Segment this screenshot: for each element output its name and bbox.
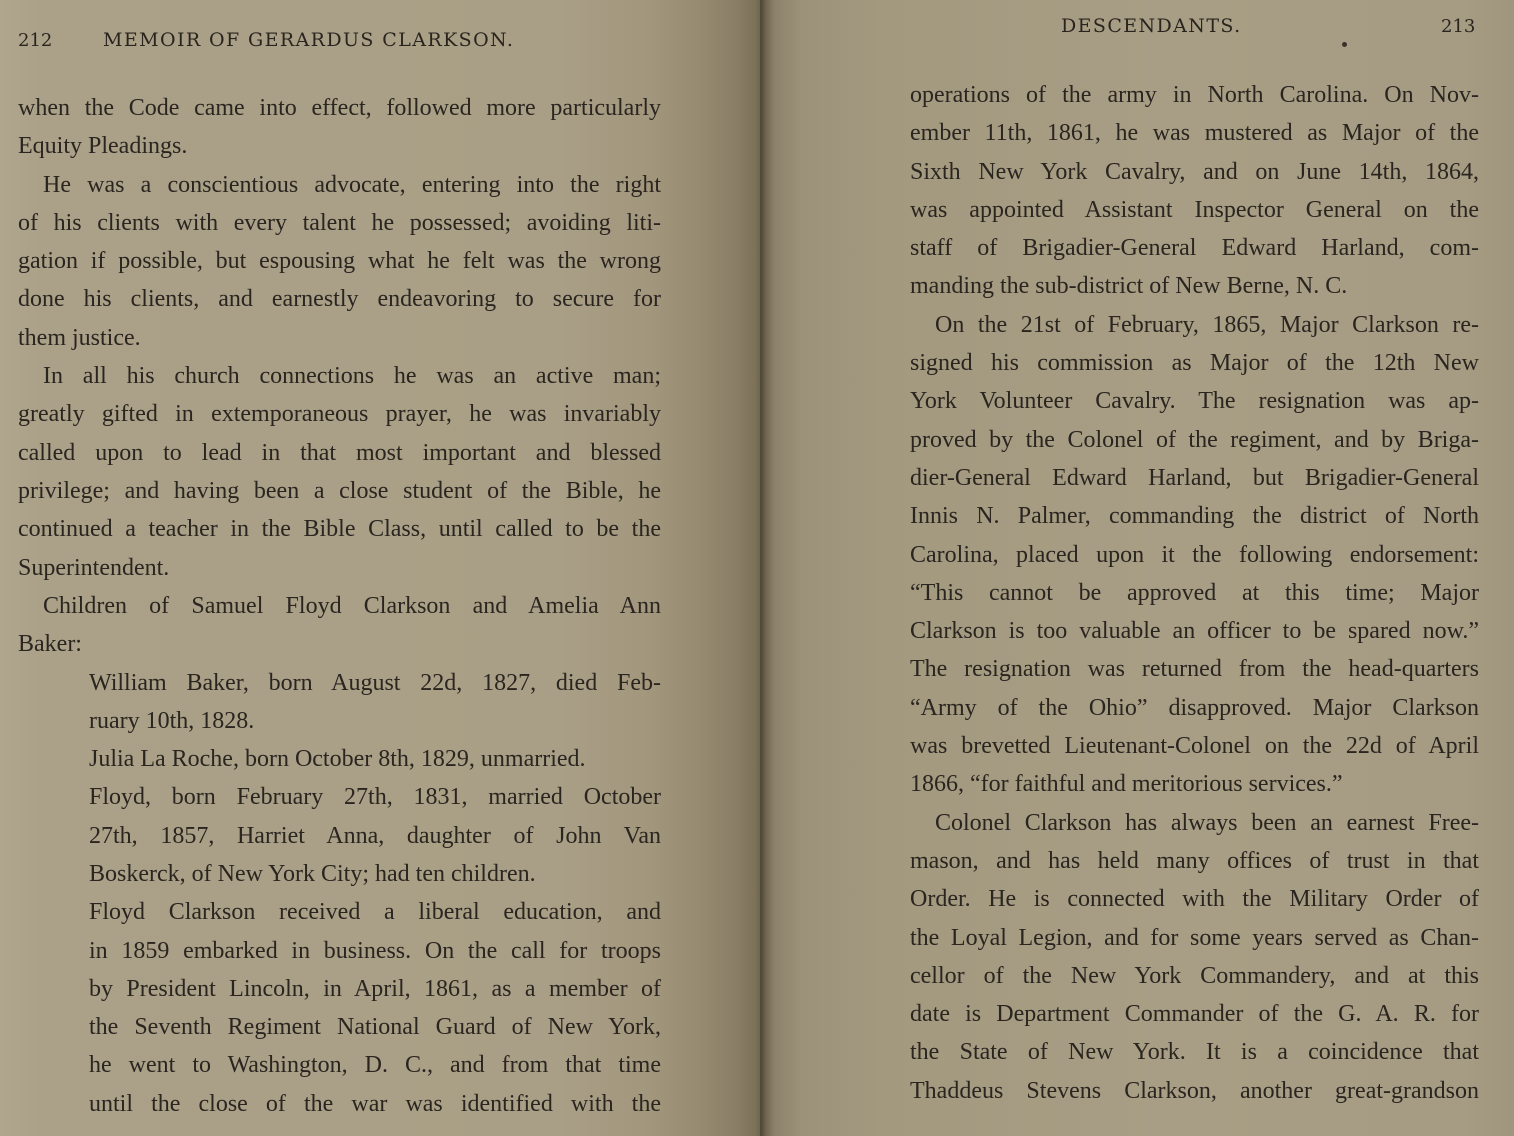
text-line: Innis N. Palmer, commanding the district… [910,497,1479,535]
text-line: Thaddeus Stevens Clarkson, another great… [910,1072,1479,1110]
paper-speck [1342,42,1347,47]
paragraph-start-line: In all his church connections he was an … [18,357,661,395]
running-head-left: MEMOIR OF GERARDUS CLARKSON. [103,29,514,51]
text-line: was brevetted Lieutenant-Colonel on the … [910,727,1479,765]
text-line: of his clients with every talent he poss… [18,204,661,242]
text-line: was appointed Assistant Inspector Genera… [910,191,1479,229]
text-line: Carolina, placed upon it the following e… [910,536,1479,574]
text-line: The resignation was returned from the he… [910,650,1479,688]
text-line: the State of New York. It is a coinciden… [910,1033,1479,1071]
text-line: date is Department Commander of the G. A… [910,995,1479,1033]
text-line: proved by the Colonel of the regiment, a… [910,421,1479,459]
right-body-text: operations of the army in North Carolina… [910,76,1479,1110]
paragraph-start-line: Floyd Clarkson received a liberal educat… [89,893,661,931]
text-line: 1866, “for faithful and meritorious serv… [910,765,1479,803]
paragraph-start-line: Children of Samuel Floyd Clarkson and Am… [18,587,661,625]
text-line: Superintendent. [18,549,661,587]
text-line: when the Code came into effect, followed… [18,89,661,127]
text-line: 27th, 1857, Harriet Anna, daughter of Jo… [89,817,661,855]
text-line: done his clients, and earnestly endeavor… [18,280,661,318]
text-line: mason, and has held many offices of trus… [910,842,1479,880]
book-spread: 212 MEMOIR OF GERARDUS CLARKSON. when th… [0,0,1514,1136]
text-line: “Army of the Ohio” disapproved. Major Cl… [910,689,1479,727]
quote-line: Clarkson is too valuable an officer to b… [910,612,1479,650]
text-line: Baker: [18,625,661,663]
text-line: staff of Brigadier-General Edward Harlan… [910,229,1479,267]
left-page: 212 MEMOIR OF GERARDUS CLARKSON. when th… [0,0,762,1136]
text-line: greatly gifted in extemporaneous prayer,… [18,395,661,433]
text-line: by President Lincoln, in April, 1861, as… [89,970,661,1008]
text-line: Order. He is connected with the Military… [910,880,1479,918]
text-line: continued a teacher in the Bible Class, … [18,510,661,548]
child-entry-line: William Baker, born August 22d, 1827, di… [89,664,661,702]
text-line: manding the sub-district of New Berne, N… [910,267,1479,305]
text-line: dier-General Edward Harland, but Brigadi… [910,459,1479,497]
left-body-text: when the Code came into effect, followed… [18,89,661,663]
text-line: in 1859 embarked in business. On the cal… [89,932,661,970]
child-entry-line: Floyd, born February 27th, 1831, married… [89,778,661,816]
paragraph-start-line: On the 21st of February, 1865, Major Cla… [910,306,1479,344]
text-line: the Loyal Legion, and for some years ser… [910,919,1479,957]
text-line: he went to Washington, D. C., and from t… [89,1046,661,1084]
children-list: William Baker, born August 22d, 1827, di… [89,664,661,1124]
text-line: Equity Pleadings. [18,127,661,165]
page-number-right: 213 [1441,16,1475,37]
text-line: ruary 10th, 1828. [89,702,661,740]
text-line: privilege; and having been a close stude… [18,472,661,510]
text-line: Sixth New York Cavalry, and on June 14th… [910,153,1479,191]
text-line: York Volunteer Cavalry. The resignation … [910,382,1479,420]
quote-line: “This cannot be approved at this time; M… [910,574,1479,612]
child-entry-line: Julia La Roche, born October 8th, 1829, … [89,740,661,778]
text-line: operations of the army in North Carolina… [910,76,1479,114]
text-line: Boskerck, of New York City; had ten chil… [89,855,661,893]
paragraph-start-line: Colonel Clarkson has always been an earn… [910,804,1479,842]
text-line: cellor of the New York Commandery, and a… [910,957,1479,995]
text-line: signed his commission as Major of the 12… [910,344,1479,382]
text-line: gation if possible, but espousing what h… [18,242,661,280]
text-line: called upon to lead in that most importa… [18,434,661,472]
page-number-left: 212 [18,30,52,51]
paragraph-start-line: He was a conscientious advocate, enterin… [18,166,661,204]
running-head-right: DESCENDANTS. [1061,15,1242,37]
text-line: ember 11th, 1861, he was mustered as Maj… [910,114,1479,152]
text-line: them justice. [18,319,661,357]
right-page: DESCENDANTS. 213 operations of the army … [762,0,1514,1136]
text-line: the Seventh Regiment National Guard of N… [89,1008,661,1046]
text-line: until the close of the war was identifie… [89,1085,661,1123]
